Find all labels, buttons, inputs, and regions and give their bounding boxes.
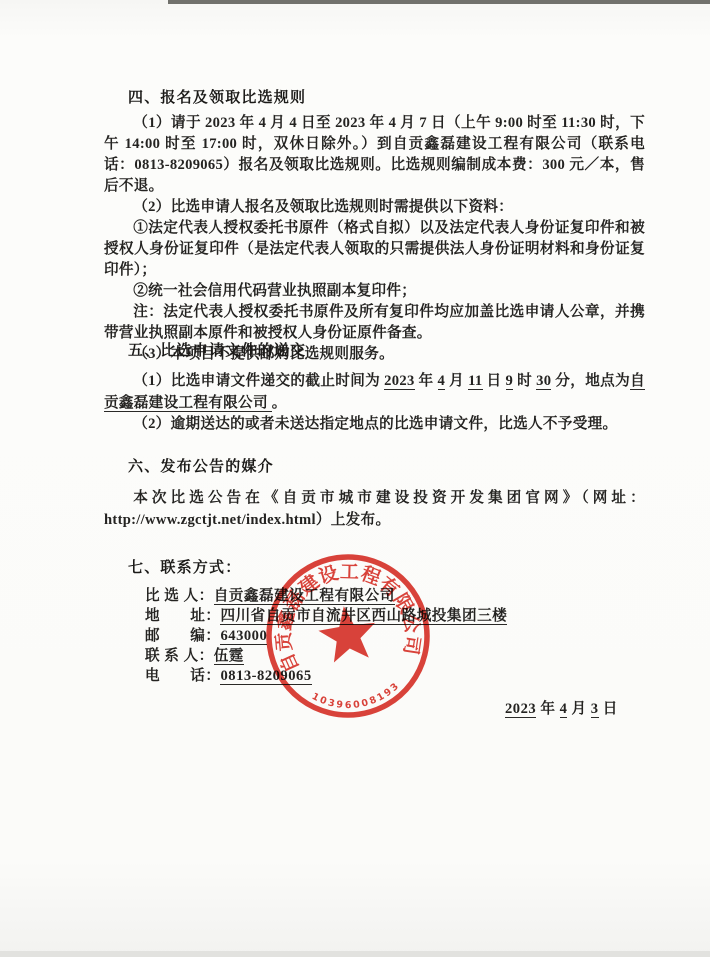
scan-edge-top [168,0,710,4]
company-seal: 自贡鑫磊建设工程有限公司 5103960081938 [241,529,456,744]
section4-body: （1）请于 2023 年 4 月 4 日至 2023 年 4 月 7 日（上午 … [104,113,645,365]
contact-value-person: 伍霆 [214,648,244,665]
contact-label: 邮 编： [145,627,220,647]
section4-paragraph-4: ②统一社会信用代码营业执照副本复印件； [104,281,645,302]
section4-paragraph-3: ①法定代表人授权委托书原件（格式自拟）以及法定代表人身份证复印件和被授权人身份证… [104,218,645,281]
contact-label: 联 系 人： [145,647,214,667]
section4-heading: 四、报名及领取比选规则 [104,86,669,107]
star-icon [316,602,380,664]
section5-body: （1）比选申请文件递交的截止时间为 2023 年 4 月 11 日 9 时 30… [104,371,645,436]
section5-paragraph-2: （2）逾期送达的或者未送达指定地点的比选申请文件，比选人不予受理。 [104,414,645,436]
section4-paragraph-1: （1）请于 2023 年 4 月 4 日至 2023 年 4 月 7 日（上午 … [104,113,645,197]
document-date: 2023 年 4 月 3 日 [505,697,618,718]
scan-edge-bottom [0,951,710,957]
section6-paragraph-1: 本次比选公告在《自贡市城市建设投资开发集团官网》（网址：http://www.z… [104,487,645,531]
contact-label: 电 话： [145,667,220,687]
contact-label: 地 址： [145,607,220,627]
section5-paragraph-1: （1）比选申请文件递交的截止时间为 2023 年 4 月 11 日 9 时 30… [104,371,645,414]
section5-heading: 五、比选申请文件的递交 [104,339,669,360]
section6-heading: 六、发布公告的媒介 [104,455,669,476]
section6-body: 本次比选公告在《自贡市城市建设投资开发集团官网》（网址：http://www.z… [104,487,645,531]
section4-paragraph-2: （2）比选申请人报名及领取比选规则时需提供以下资料： [104,197,645,218]
section4-paragraph-5: 注：法定代表人授权委托书原件及所有复印件均应加盖比选申请人公章，并携带营业执照副… [104,302,645,344]
contact-label: 比 选 人： [145,587,214,607]
